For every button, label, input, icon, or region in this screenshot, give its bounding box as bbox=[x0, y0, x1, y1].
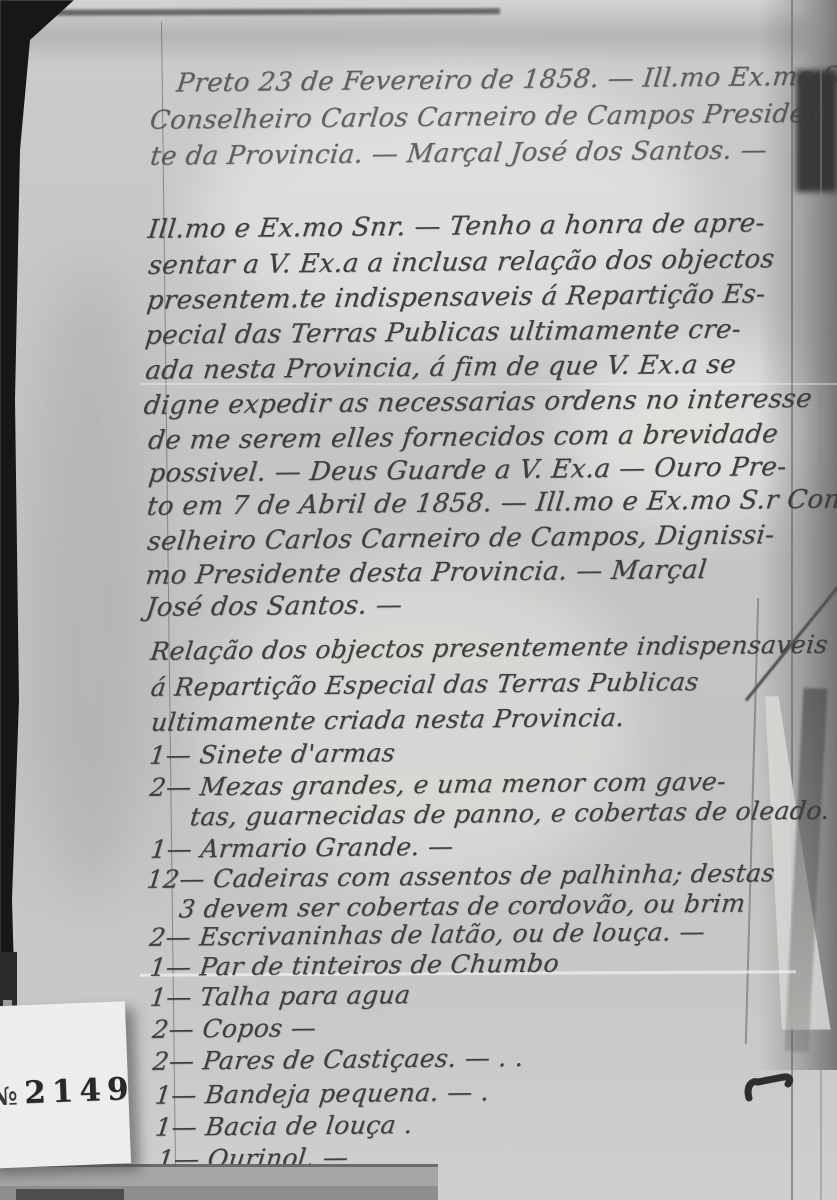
list-item-line: 1— Bacia de louça . bbox=[154, 1110, 415, 1142]
list-item-line: 1— Bandeja pequena. — . bbox=[154, 1077, 492, 1110]
handwriting-line: sentar a V. Ex.a a inclusa relação dos o… bbox=[147, 244, 776, 281]
list-item-line: 2— Escrivaninhas de latão, ou de louça. … bbox=[148, 917, 707, 952]
handwriting-line: te da Provincia. — Marçal José dos Santo… bbox=[149, 135, 769, 171]
handwriting-line: José dos Santos. — bbox=[144, 590, 404, 623]
list-item-line: 1— Talha para agua bbox=[149, 980, 413, 1012]
handwriting-line: mo Presidente desta Provincia. — Marçal bbox=[144, 555, 708, 591]
handwriting-line: selheiro Carlos Carneiro de Campos, Dign… bbox=[146, 520, 776, 557]
handwriting-line: Relação dos objectos presentemente indis… bbox=[149, 630, 830, 666]
handwriting-line: presentem.te indispensaveis á Repartição… bbox=[145, 279, 767, 316]
list-item-line: 1— Armario Grande. — bbox=[149, 832, 455, 864]
stamp-prefix: № bbox=[0, 1081, 18, 1111]
handwriting-line: possivel. — Deus Guarde a V. Ex.a — Ouro… bbox=[147, 452, 788, 489]
stamp-number: 2149 bbox=[24, 1071, 136, 1111]
handwriting-line: ultimamente criada nesta Provincia. bbox=[150, 703, 627, 737]
list-item-line: 1— Par de tinteiros de Chumbo bbox=[148, 949, 561, 982]
handwriting-line: to em 7 de Abril de 1858. — Ill.mo e Ex.… bbox=[145, 484, 837, 521]
handwriting-line: digne expedir as necessarias ordens no i… bbox=[142, 384, 813, 421]
list-item-line: 2— Pares de Castiçaes. — . . bbox=[151, 1043, 525, 1076]
handwriting-line: á Repartição Especial das Terras Publica… bbox=[149, 667, 700, 702]
archive-label: № 2149 bbox=[0, 1001, 131, 1168]
handwriting-line: de me serem elles fornecidos com a brevi… bbox=[147, 419, 780, 456]
handwriting-line: ada nesta Provincia, á fim de que V. Ex.… bbox=[144, 350, 738, 386]
list-item-line: 2— Copos — bbox=[151, 1013, 318, 1044]
document-scan: Preto 23 de Fevereiro de 1858. — Ill.mo … bbox=[0, 0, 837, 1200]
list-item-line: 1— Sinete d'armas bbox=[148, 738, 397, 770]
handwriting-line: Preto 23 de Fevereiro de 1858. — Ill.mo … bbox=[175, 61, 837, 98]
underlying-dark-strip bbox=[16, 1189, 124, 1200]
handwriting-line: Conselheiro Carlos Carneiro de Campos Pr… bbox=[148, 99, 833, 136]
ink-hook-mark bbox=[744, 1068, 798, 1106]
list-item-line: tas, guarnecidas de panno, e cobertas de… bbox=[189, 796, 832, 832]
handwriting-line: pecial das Terras Publicas ultimamente c… bbox=[144, 315, 743, 351]
handwriting-line: Ill.mo e Ex.mo Snr. — Tenho a honra de a… bbox=[146, 208, 766, 244]
list-item-line: 2— Mezas grandes, e uma menor com gave- bbox=[148, 767, 727, 802]
